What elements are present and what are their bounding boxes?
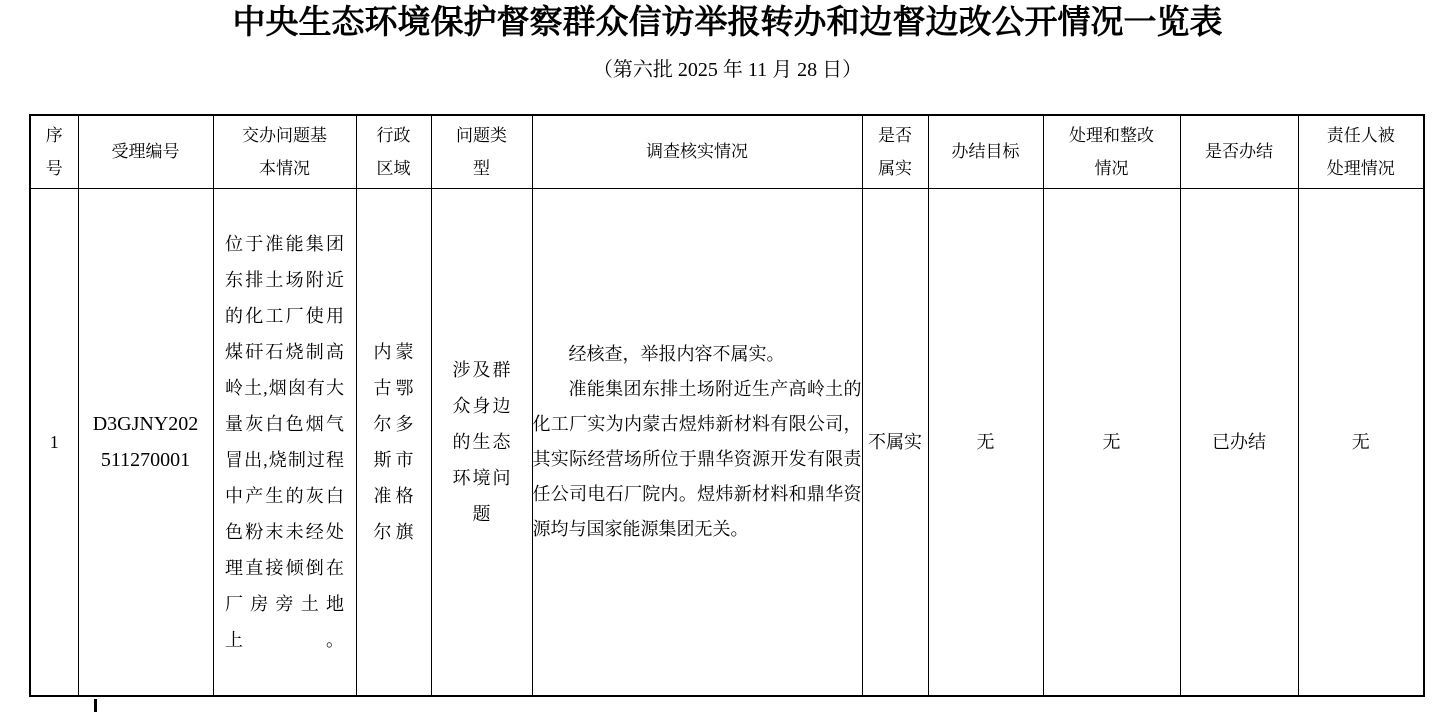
col-header-is-true-label: 是否属实: [875, 119, 915, 185]
cell-handling: 无: [1043, 188, 1180, 696]
col-header-handling: 处理和整改情况: [1043, 115, 1180, 188]
complaints-table: 序号 受理编号 交办问题基本情况 行政区域 问题类型 调查核实情况 是否属实 办…: [29, 114, 1425, 697]
document-page: 中央生态环境保护督察群众信访举报转办和边督边改公开情况一览表 （第六批 2025…: [0, 0, 1455, 714]
cell-problem: 位于准能集团东排土场附近的化工厂使用煤矸石烧制高岭土,烟囱有大量灰白色烟气冒出,…: [213, 188, 356, 696]
table-row: 1 D3GJNY202511270001 位于准能集团东排土场附近的化工厂使用煤…: [30, 188, 1424, 696]
header-row: 序号 受理编号 交办问题基本情况 行政区域 问题类型 调查核实情况 是否属实 办…: [30, 115, 1424, 188]
cell-verification: 经核查，举报内容不属实。 准能集团东排土场附近生产高岭土的化工厂实为内蒙古煜炜新…: [532, 188, 862, 696]
col-header-verification: 调查核实情况: [532, 115, 862, 188]
col-header-is-closed-label: 是否办结: [1181, 135, 1298, 168]
col-header-type-label: 问题类型: [453, 119, 511, 185]
col-header-type: 问题类型: [431, 115, 532, 188]
type-text: 涉及群众身边的生态环境问题: [453, 352, 511, 532]
verification-paragraph-2: 准能集团东排土场附近生产高岭土的化工厂实为内蒙古煜炜新材料有限公司，其实际经营场…: [533, 372, 862, 547]
cell-case-no: D3GJNY202511270001: [78, 188, 213, 696]
cell-is-true: 不属实: [862, 188, 928, 696]
cell-completion-target: 无: [928, 188, 1043, 696]
col-header-problem: 交办问题基本情况: [213, 115, 356, 188]
col-header-completion-target-label: 办结目标: [929, 135, 1043, 168]
cell-type: 涉及群众身边的生态环境问题: [431, 188, 532, 696]
col-header-handling-label: 处理和整改情况: [1066, 119, 1158, 185]
col-header-case-no: 受理编号: [78, 115, 213, 188]
problem-text: 位于准能集团东排土场附近的化工厂使用煤矸石烧制高岭土,烟囱有大量灰白色烟气冒出,…: [225, 226, 344, 658]
col-header-completion-target: 办结目标: [928, 115, 1043, 188]
text-cursor: [94, 699, 97, 712]
cell-region: 内蒙古鄂尔多斯市准格尔旗: [356, 188, 431, 696]
cell-seq: 1: [30, 188, 78, 696]
col-header-accountability: 责任人被处理情况: [1298, 115, 1424, 188]
case-no-text: D3GJNY202511270001: [91, 406, 201, 478]
page-subtitle: （第六批 2025 年 11 月 28 日）: [0, 56, 1455, 84]
col-header-verification-label: 调查核实情况: [533, 135, 862, 168]
col-header-seq: 序号: [30, 115, 78, 188]
col-header-problem-label: 交办问题基本情况: [239, 119, 331, 185]
col-header-is-closed: 是否办结: [1180, 115, 1298, 188]
verification-paragraph-1: 经核查，举报内容不属实。: [533, 337, 862, 372]
cell-is-closed: 已办结: [1180, 188, 1298, 696]
cell-accountability: 无: [1298, 188, 1424, 696]
region-text: 内蒙古鄂尔多斯市准格尔旗: [374, 334, 414, 550]
col-header-region-label: 行政区域: [374, 119, 414, 185]
col-header-seq-label: 序号: [43, 119, 65, 185]
col-header-region: 行政区域: [356, 115, 431, 188]
page-title: 中央生态环境保护督察群众信访举报转办和边督边改公开情况一览表: [0, 2, 1455, 44]
col-header-is-true: 是否属实: [862, 115, 928, 188]
col-header-accountability-label: 责任人被处理情况: [1322, 119, 1400, 185]
col-header-case-no-label: 受理编号: [79, 135, 213, 168]
